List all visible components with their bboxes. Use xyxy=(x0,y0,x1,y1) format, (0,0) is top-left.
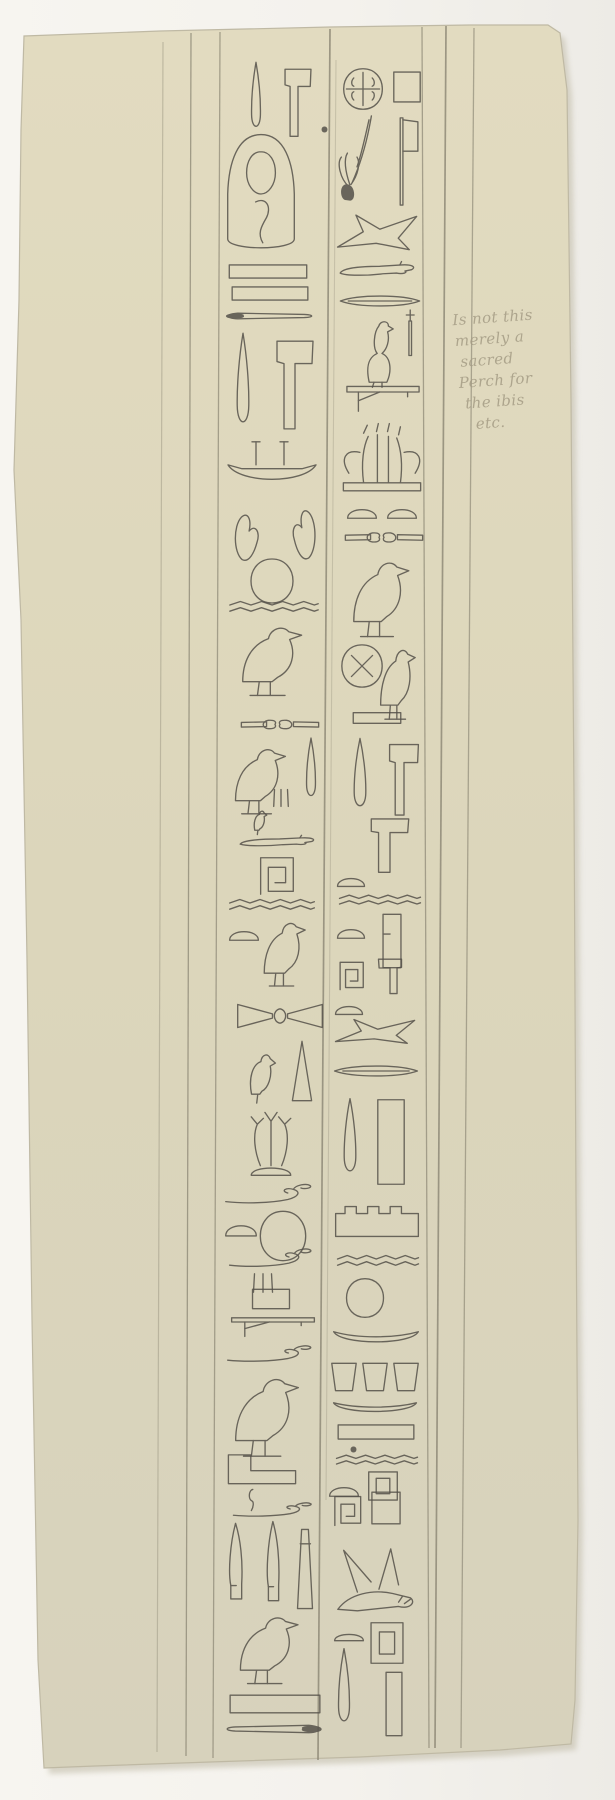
drawing-svg xyxy=(0,0,615,1800)
glyph-city-sign xyxy=(344,69,383,109)
glyph-ink-dot xyxy=(322,127,328,133)
handwritten-note: Is not this merely a sacred Perch for th… xyxy=(452,302,579,436)
scanned-drawing: Is not this merely a sacred Perch for th… xyxy=(0,0,615,1800)
glyph-speck xyxy=(351,1447,357,1453)
